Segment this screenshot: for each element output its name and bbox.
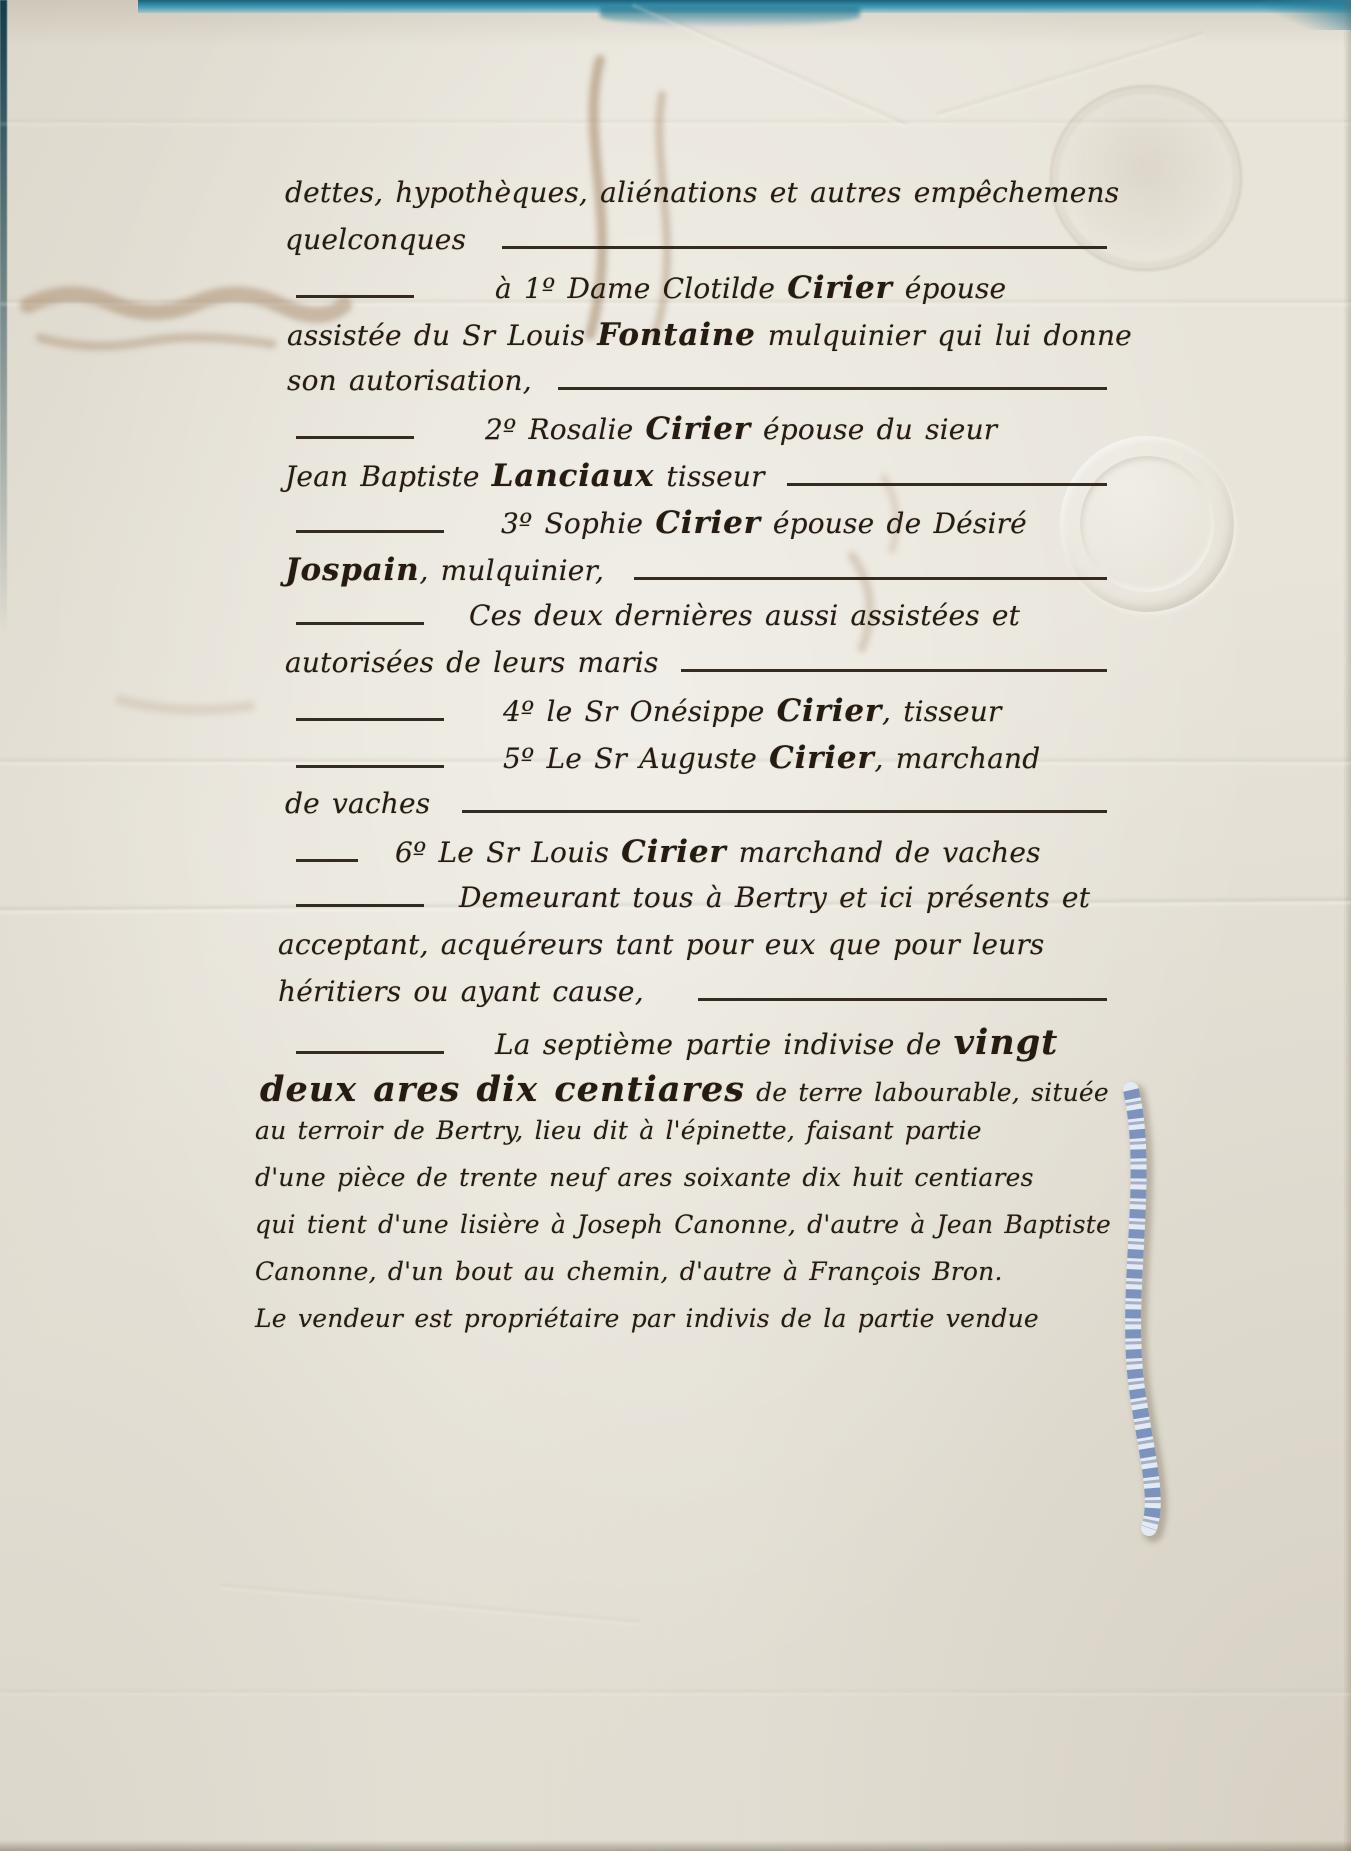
ink-ruled-line	[296, 528, 444, 533]
ink-ruled-line	[634, 575, 1107, 580]
manuscript-line: acceptant, acquéreurs tant pour eux que …	[278, 928, 1116, 975]
gap	[423, 438, 485, 439]
manuscript-line: deux ares dix centiares de terre laboura…	[260, 1069, 1116, 1116]
handwritten-text: épouse	[893, 272, 1007, 305]
manuscript-line: héritiers ou ayant cause,	[278, 975, 1116, 1022]
manuscript-line: Jospain, mulquinier,	[285, 552, 1116, 599]
handwritten-text: héritiers ou ayant cause,	[278, 975, 644, 1008]
ink-ruled-line	[296, 434, 414, 439]
manuscript-line: à 1º Dame Clotilde Cirier épouse	[290, 270, 1116, 317]
handwritten-text: deux ares dix centiares	[260, 1069, 745, 1110]
gap	[532, 389, 552, 390]
manuscript-line: 3º Sophie Cirier épouse de Désiré	[290, 505, 1116, 552]
blue-cover-edge-bulge	[600, 6, 860, 26]
handwritten-text: à 1º Dame Clotilde	[495, 272, 787, 305]
handwritten-text: son autorisation,	[287, 364, 532, 397]
manuscript-line: son autorisation,	[287, 364, 1116, 411]
handwritten-text: Le vendeur est propriétaire par indivis …	[255, 1304, 1039, 1333]
ink-ruled-line	[787, 481, 1107, 486]
handwritten-text: tisseur	[654, 460, 764, 493]
handwritten-text: Lanciaux	[492, 458, 655, 494]
ink-ruled-line	[296, 902, 424, 907]
manuscript-line: Ces deux dernières aussi assistées et	[290, 599, 1116, 646]
ink-ruled-line	[698, 996, 1107, 1001]
handwritten-text: Cirier	[769, 740, 874, 776]
handwritten-text: 4º le Sr Onésippe	[503, 695, 777, 728]
manuscript-line: autorisées de leurs maris	[285, 646, 1116, 693]
handwritten-text: 2º Rosalie	[485, 413, 645, 446]
manuscript-line: au terroir de Bertry, lieu dit à l'épine…	[255, 1116, 1116, 1163]
handwritten-text: 3º Sophie	[501, 507, 655, 540]
handwritten-text: marchand de vaches	[727, 836, 1041, 869]
handwritten-text: au terroir de Bertry, lieu dit à l'épine…	[255, 1116, 982, 1145]
handwritten-text: Cirier	[645, 411, 750, 447]
ink-ruled-line	[296, 857, 358, 862]
gap	[466, 248, 496, 249]
handwritten-text: de vaches	[285, 787, 430, 820]
manuscript-line: 2º Rosalie Cirier épouse du sieur	[290, 411, 1116, 458]
page-shadow-bottom	[0, 1840, 1351, 1851]
gap	[433, 624, 469, 625]
handwritten-text: Cirier	[655, 505, 760, 541]
dark-scan-edge-left	[0, 0, 7, 660]
manuscript-line: qui tient d'une lisière à Joseph Canonne…	[255, 1210, 1116, 1257]
manuscript-line: dettes, hypothèques, aliénations et autr…	[285, 176, 1116, 223]
handwritten-text: autorisées de leurs maris	[285, 646, 659, 679]
gap	[453, 720, 503, 721]
manuscript-line: Le vendeur est propriétaire par indivis …	[255, 1304, 1116, 1351]
bleed-smudge	[120, 700, 250, 710]
cord-blue-strand	[1131, 1090, 1153, 1528]
manuscript-line: quelconques	[285, 223, 1116, 270]
gap	[367, 861, 395, 862]
crease	[220, 1582, 639, 1628]
manuscript-line: de vaches	[285, 787, 1116, 834]
handwritten-text: épouse du sieur	[751, 413, 998, 446]
crease	[0, 1688, 1351, 1697]
manuscript-line: 4º le Sr Onésippe Cirier, tisseur	[290, 693, 1116, 740]
handwritten-text: Jean Baptiste	[285, 460, 492, 493]
handwritten-text: dettes, hypothèques, aliénations et autr…	[285, 176, 1119, 209]
bleed-smudge	[40, 337, 272, 346]
handwritten-text: Cirier	[777, 693, 882, 729]
ink-ruled-line	[296, 293, 414, 298]
cord-white-strand	[1131, 1090, 1153, 1528]
handwritten-text: vingt	[954, 1022, 1059, 1063]
handwritten-text: acceptant, acquéreurs tant pour eux que …	[278, 928, 1045, 961]
manuscript-line: Canonne, d'un bout au chemin, d'autre à …	[255, 1257, 1116, 1304]
handwritten-text: Fontaine	[597, 317, 755, 353]
handwritten-text: Canonne, d'un bout au chemin, d'autre à …	[255, 1257, 1003, 1286]
ink-ruled-line	[296, 716, 444, 721]
ink-ruled-line	[502, 244, 1107, 249]
ink-ruled-line	[296, 620, 424, 625]
manuscript-line: 6º Le Sr Louis Cirier marchand de vaches	[290, 834, 1116, 881]
handwritten-text: La septième partie indivise de	[495, 1028, 954, 1061]
handwritten-text: Ces deux dernières aussi assistées et	[469, 599, 1020, 632]
ink-ruled-line	[681, 667, 1107, 672]
handwritten-text: de terre labourable, située	[745, 1078, 1109, 1107]
gap	[659, 671, 675, 672]
text-block: dettes, hypothèques, aliénations et autr…	[252, 176, 1116, 1351]
handwritten-text: Jospain	[285, 552, 419, 588]
handwritten-text: , marchand	[875, 742, 1041, 775]
handwritten-text: 5º Le Sr Auguste	[503, 742, 769, 775]
handwritten-text: Cirier	[621, 834, 726, 870]
gap	[433, 906, 459, 907]
manuscript-line: Jean Baptiste Lanciaux tisseur	[285, 458, 1116, 505]
gap	[453, 1053, 495, 1054]
handwritten-text: mulquinier qui lui donne	[756, 319, 1132, 352]
handwritten-text: , mulquinier,	[419, 554, 604, 587]
handwritten-text: , tisseur	[882, 695, 1002, 728]
gap	[604, 579, 628, 580]
manuscript-line: Demeurant tous à Bertry et ici présents …	[290, 881, 1116, 928]
blue-cover-edge-corner	[1261, 0, 1351, 30]
handwritten-text: épouse de Désiré	[761, 507, 1027, 540]
page-curl-shadow-right	[1343, 0, 1351, 1851]
ink-ruled-line	[296, 763, 444, 768]
gap	[765, 485, 781, 486]
ink-ruled-line	[462, 808, 1107, 813]
handwritten-text: Demeurant tous à Bertry et ici présents …	[459, 881, 1090, 914]
document-page: dettes, hypothèques, aliénations et autr…	[0, 0, 1351, 1851]
manuscript-line: d'une pièce de trente neuf ares soixante…	[255, 1163, 1116, 1210]
gap	[644, 1000, 692, 1001]
gap	[430, 812, 456, 813]
ink-ruled-line	[558, 385, 1107, 390]
handwritten-text: d'une pièce de trente neuf ares soixante…	[255, 1163, 1034, 1192]
manuscript-line: 5º Le Sr Auguste Cirier, marchand	[290, 740, 1116, 787]
gap	[453, 767, 503, 768]
gap	[453, 532, 501, 533]
cord-twist-shading	[1131, 1090, 1153, 1528]
gap	[423, 297, 495, 298]
ink-ruled-line	[296, 1049, 444, 1054]
handwritten-text: Cirier	[787, 270, 892, 306]
manuscript-line: assistée du Sr Louis Fontaine mulquinier…	[287, 317, 1116, 364]
handwritten-text: qui tient d'une lisière à Joseph Canonne…	[255, 1210, 1111, 1239]
manuscript-line: La septième partie indivise de vingt	[290, 1022, 1116, 1069]
handwritten-text: assistée du Sr Louis	[287, 319, 597, 352]
cord-shadow	[1135, 1094, 1157, 1532]
handwritten-text: quelconques	[285, 223, 466, 256]
handwritten-text: 6º Le Sr Louis	[395, 836, 621, 869]
